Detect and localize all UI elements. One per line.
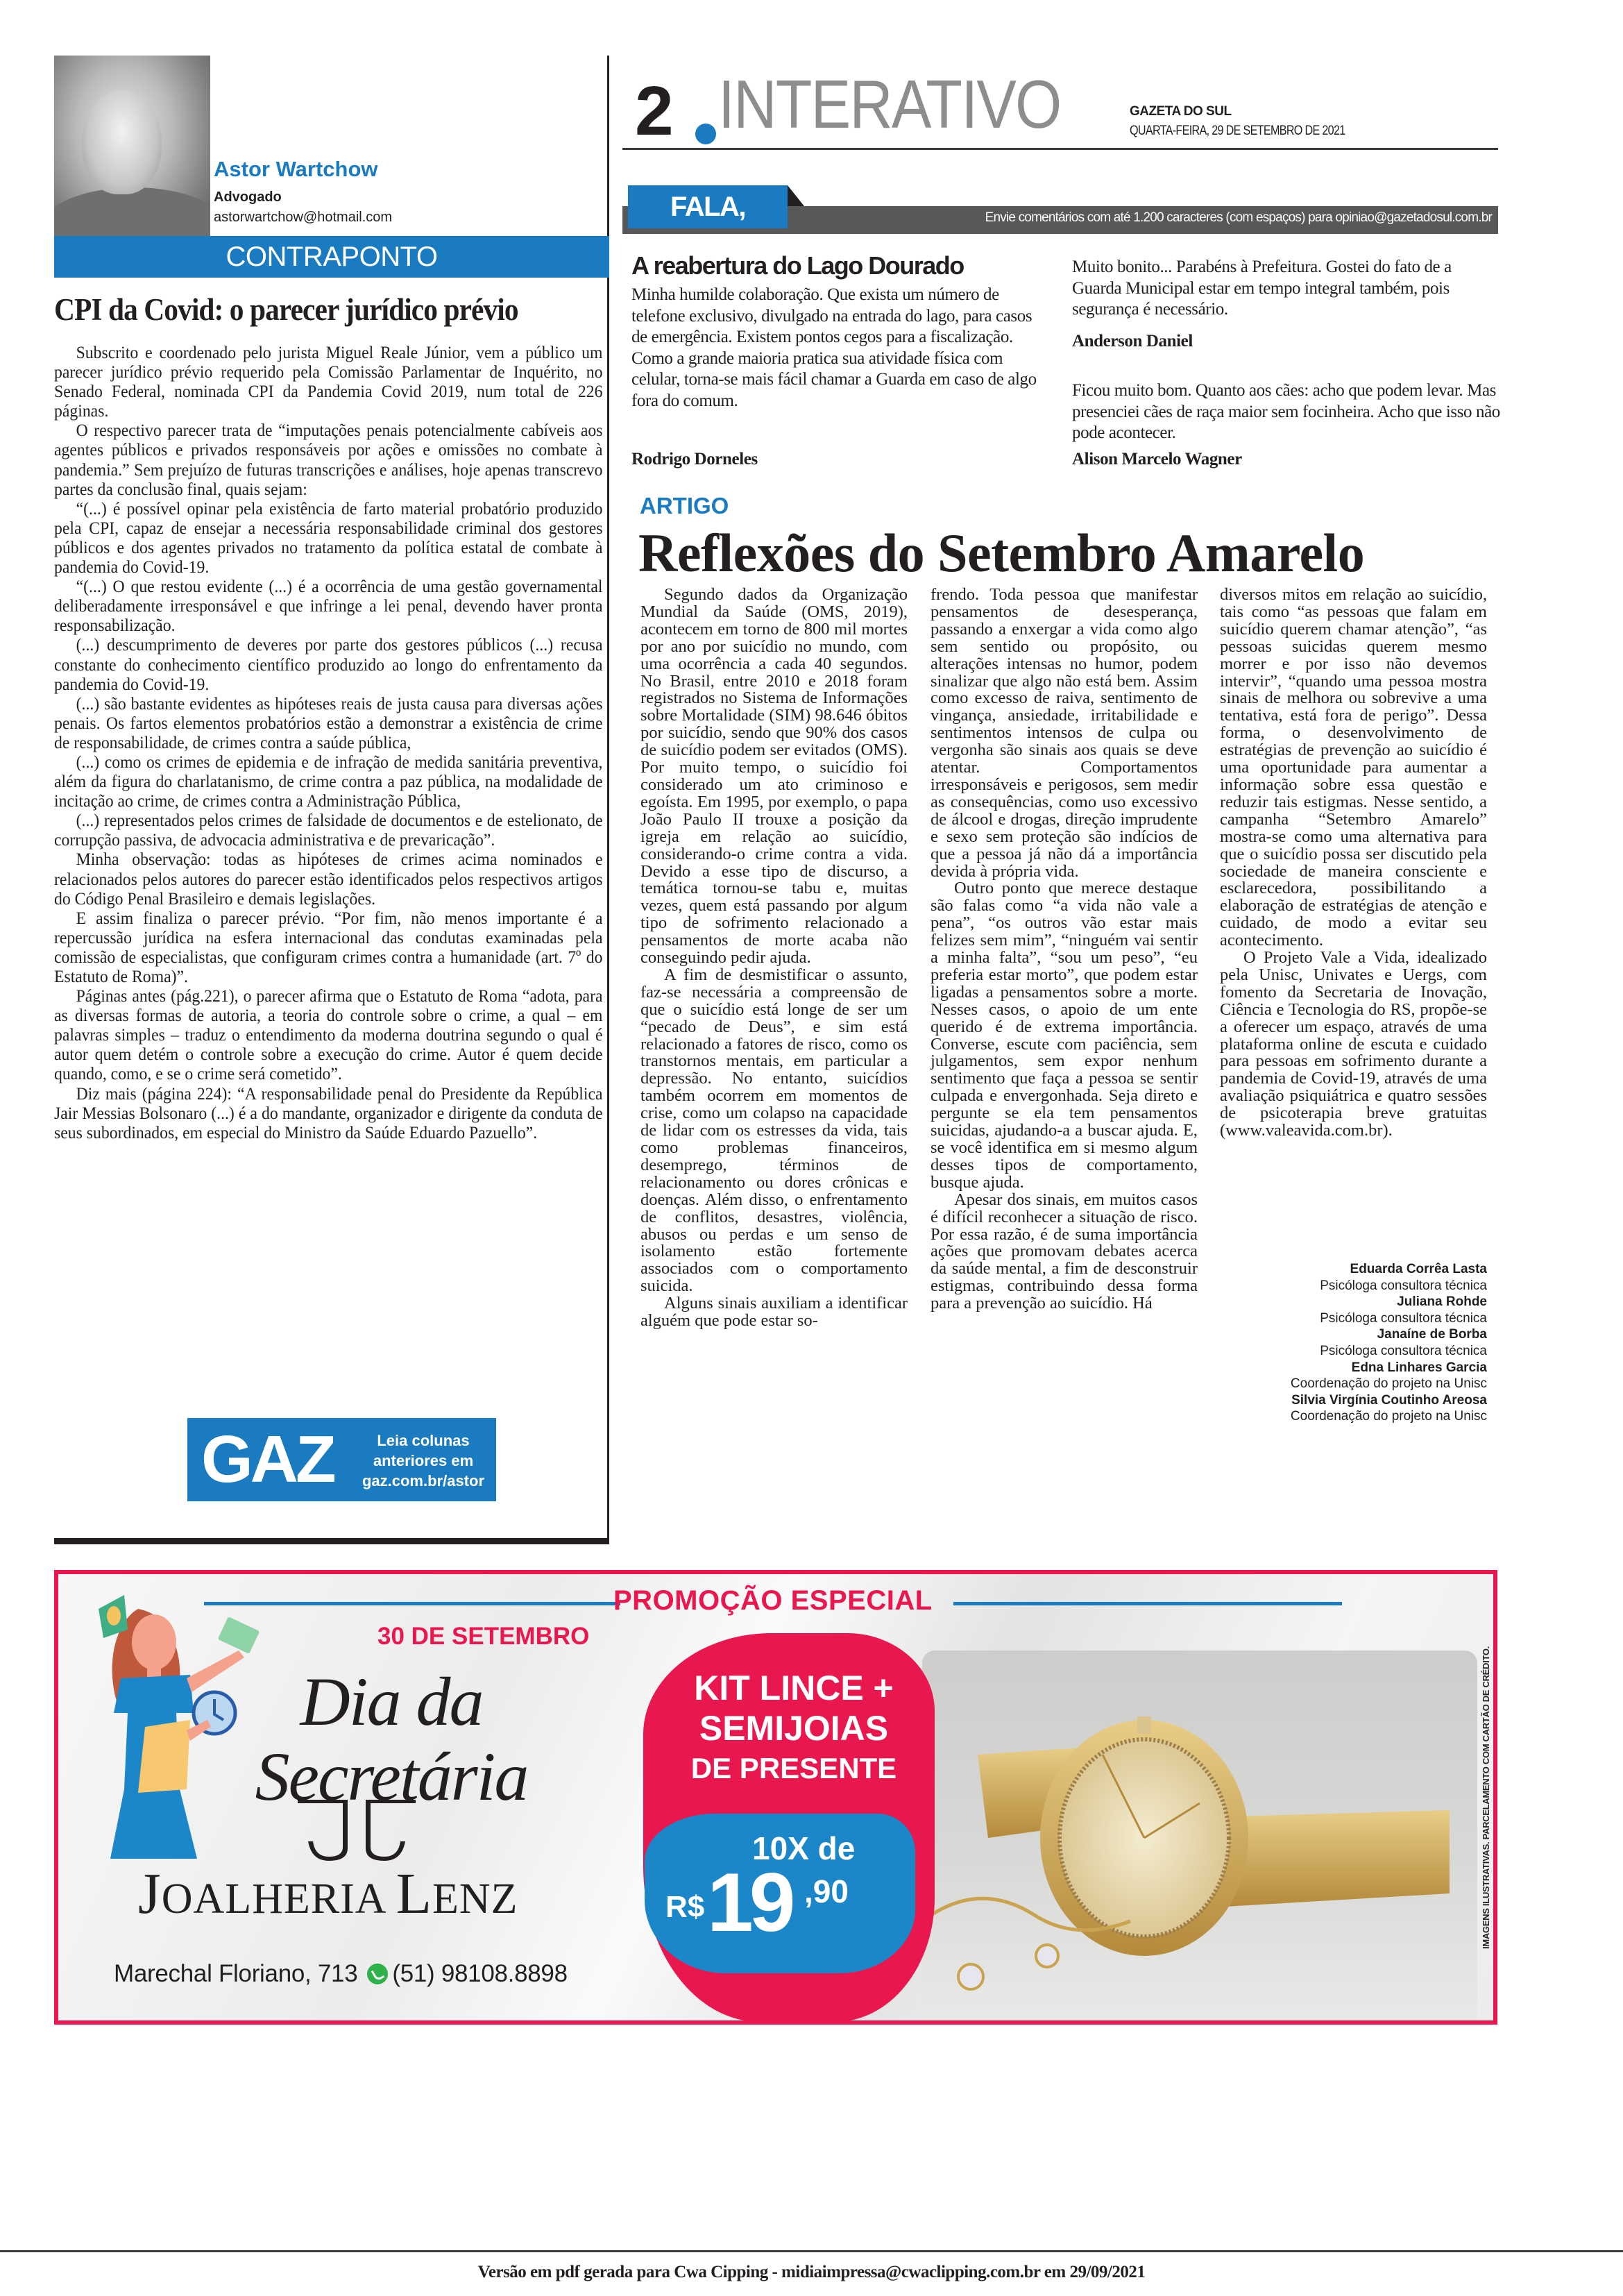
- article-paragraph: diversos mitos em relação ao suicídio, t…: [1220, 586, 1487, 949]
- signature-role: Coordenação do projeto na Unisc: [1220, 1408, 1487, 1425]
- offer-line: DE PRESENTE: [669, 1748, 919, 1789]
- promo-divider-right: [953, 1602, 1342, 1605]
- letter-author: Alison Marcelo Wagner: [1072, 450, 1242, 469]
- letter-body: Minha humilde colaboração. Que exista um…: [631, 285, 1048, 412]
- signature-role: Psicóloga consultora técnica: [1220, 1310, 1487, 1327]
- signature-name: Janaíne de Borba: [1220, 1326, 1487, 1343]
- section-label-contraponto: CONTRAPONTO: [54, 236, 609, 278]
- footer-divider: [0, 2250, 1623, 2252]
- article-paragraph: A fim de desmistificar o assunto, faz-se…: [640, 967, 908, 1295]
- article-paragraph: Segundo dados da Organização Mundial da …: [640, 586, 908, 967]
- letter-body: Ficou muito bom. Quanto aos cães: acho q…: [1072, 380, 1502, 444]
- column-paragraph: Subscrito e coordenado pelo jurista Migu…: [54, 343, 603, 421]
- article-paragraph: O Projeto Vale a Vida, idealizado pela U…: [1220, 949, 1487, 1140]
- article-column-1: Segundo dados da Organização Mundial da …: [640, 586, 908, 1330]
- ad-title-line-1: Dia da: [239, 1664, 544, 1739]
- promo-label: PROMOÇÃO ESPECIAL: [613, 1585, 933, 1617]
- letter-body: Muito bonito... Parabéns à Prefeitura. G…: [1072, 257, 1488, 321]
- author-role: Advogado: [214, 189, 282, 205]
- column-paragraph: E assim finaliza o parecer prévio. “Por …: [54, 909, 603, 986]
- whatsapp-icon: [367, 1964, 388, 1984]
- signature-name: Silvia Virgínia Coutinho Areosa: [1220, 1392, 1487, 1409]
- jewelry-advertisement[interactable]: PROMOÇÃO ESPECIAL 30 DE SETEMBRO Dia da …: [54, 1570, 1497, 2025]
- offer-line: KIT LINCE +: [694, 1669, 894, 1707]
- promo-date: 30 DE SETEMBRO: [377, 1623, 589, 1651]
- store-name-part: OALHERIA: [162, 1875, 384, 1923]
- column-paragraph: O respectivo parecer trata de “imputaçõe…: [54, 421, 603, 498]
- signature-role: Coordenação do projeto na Unisc: [1220, 1376, 1487, 1392]
- store-initial: L: [396, 1862, 432, 1926]
- column-paragraph: (...) descumprimento de deveres por part…: [54, 635, 603, 693]
- watch-icon: [922, 1651, 1477, 2022]
- column-body: Subscrito e coordenado pelo jurista Migu…: [54, 343, 603, 1142]
- article-title: Reflexões do Setembro Amarelo: [638, 522, 1364, 584]
- store-phone[interactable]: (51) 98108.8898: [392, 1960, 567, 1987]
- store-initial: J: [138, 1862, 162, 1926]
- signature-name: Edna Linhares Garcia: [1220, 1360, 1487, 1376]
- author-photo: [54, 56, 210, 236]
- signature-role: Psicóloga consultora técnica: [1220, 1343, 1487, 1360]
- offer-text: KIT LINCE + SEMIJOIAS DE PRESENTE: [669, 1668, 919, 1789]
- article-paragraph: Alguns sinais auxiliam a identificar alg…: [640, 1295, 908, 1330]
- ad-title: Dia da Secretária: [239, 1664, 544, 1814]
- column-paragraph: “(...) O que restou evidente (...) é a o…: [54, 577, 603, 635]
- watch-jewelry-photo: [922, 1651, 1477, 2022]
- article-paragraph: frendo. Toda pessoa que manifestar pensa…: [931, 586, 1198, 880]
- footer-note: Versão em pdf gerada para Cwa Cipping - …: [0, 2263, 1623, 2282]
- article-paragraph: Outro ponto que merece destaque são fala…: [931, 880, 1198, 1191]
- signature-name: Eduarda Corrêa Lasta: [1220, 1261, 1487, 1278]
- column-paragraph: (...) como os crimes de epidemia e de in…: [54, 752, 603, 811]
- contraponto-column: Astor Wartchow Advogado astorwartchow@ho…: [54, 56, 609, 1544]
- ad-disclaimer: IMAGENS ILUSTRATIVAS. PARCELAMENTO COM C…: [1481, 1646, 1491, 1949]
- gaz-logo: GAZ: [201, 1425, 334, 1494]
- signature-name: Juliana Rohde: [1220, 1294, 1487, 1310]
- article-column-3: diversos mitos em relação ao suicídio, t…: [1220, 586, 1487, 1140]
- fala-leitor-label: FALA, LEITOR: [628, 185, 788, 228]
- store-contact: Marechal Floriano, 713(51) 98108.8898: [114, 1960, 568, 1988]
- price-integer: 19: [707, 1857, 791, 1948]
- artigo-label: ARTIGO: [640, 493, 729, 519]
- store-name: JOALHERIA LENZ: [138, 1860, 518, 1927]
- header-divider: [622, 148, 1498, 150]
- signature-role: Psicóloga consultora técnica: [1220, 1278, 1487, 1294]
- letter-author: Rodrigo Dorneles: [631, 450, 758, 469]
- column-paragraph: Páginas antes (pág.221), o parecer afirm…: [54, 986, 603, 1083]
- author-name: Astor Wartchow: [214, 157, 378, 182]
- tab-corner-decoration: [788, 185, 804, 206]
- section-name: INTERATIVO: [718, 69, 1060, 139]
- letters-title: A reabertura do Lago Dourado: [631, 251, 964, 280]
- newspaper-name: GAZETA DO SUL: [1130, 104, 1232, 119]
- price-currency: R$: [665, 1890, 704, 1925]
- gaz-promo-link[interactable]: GAZ Leia colunas anteriores em gaz.com.b…: [187, 1418, 496, 1501]
- article-column-2: frendo. Toda pessoa que manifestar pensa…: [931, 586, 1198, 1312]
- price-decimal: ,90: [804, 1873, 849, 1910]
- store-address: Marechal Floriano, 713: [114, 1960, 357, 1987]
- article-signatures: Eduarda Corrêa Lasta Psicóloga consultor…: [1220, 1261, 1487, 1425]
- article-paragraph: Apesar dos sinais, em muitos casos é dif…: [931, 1192, 1198, 1312]
- photo-shoulders: [54, 187, 210, 236]
- author-email-link[interactable]: astorwartchow@hotmail.com: [214, 210, 392, 226]
- joalheria-lenz-logo-icon: [298, 1800, 416, 1862]
- edition-date: QUARTA-FEIRA, 29 DE SETEMBRO DE 2021: [1130, 124, 1345, 139]
- photo-face: [82, 90, 162, 194]
- store-name-part: ENZ: [432, 1875, 518, 1923]
- submission-note: Envie comentários com até 1.200 caracter…: [902, 210, 1492, 226]
- column-title: CPI da Covid: o parecer jurídico prévio: [54, 292, 565, 328]
- column-paragraph: Minha observação: todas as hipóteses de …: [54, 850, 603, 908]
- column-paragraph: (...) são bastante evidentes as hipótese…: [54, 694, 603, 752]
- offer-line: SEMIJOIAS: [699, 1709, 888, 1748]
- gaz-promo-text: Leia colunas anteriores em gaz.com.br/as…: [357, 1430, 489, 1491]
- column-paragraph: Diz mais (página 224): “A responsabilida…: [54, 1084, 603, 1142]
- page-dot-icon: [695, 124, 716, 144]
- letter-author: Anderson Daniel: [1072, 332, 1193, 351]
- column-paragraph: (...) representados pelos crimes de fals…: [54, 811, 603, 850]
- page-number: 2: [635, 80, 674, 142]
- column-paragraph: “(...) é possível opinar pela existência…: [54, 499, 603, 577]
